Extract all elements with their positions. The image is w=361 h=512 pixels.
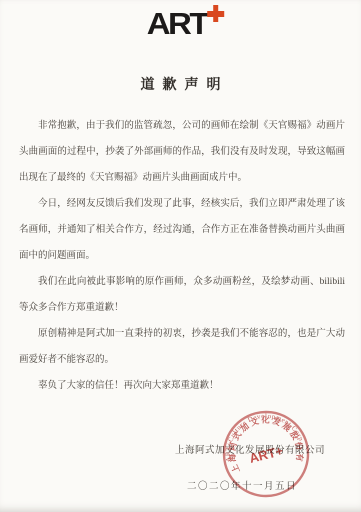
page-title: 道歉声明: [0, 74, 361, 94]
paragraph-actions: 今日，经网友反馈后我们发现了此事，经核实后，我们立即严肃处理了该名画师，并通知了…: [19, 191, 345, 269]
seal-center-logo: ART+: [248, 443, 285, 466]
logo-text: ART: [147, 8, 207, 39]
paragraph-apology-targets: 我们在此向被此事影响的原作画师，众多动画粉丝，及绘梦动画、bilibili等众多…: [19, 269, 345, 321]
apology-statement-document: ART 道歉声明 非常抱歉，由于我们的监管疏忽，公司的画师在绘制《天官赐福》动画…: [0, 0, 361, 512]
paragraph-final-apology: 辜负了大家的信任！再次向大家郑重道歉！: [19, 373, 345, 399]
paragraph-original-spirit: 原创精神是阿式加一直秉持的初衷，抄袭是我们不能容忍的，也是广大动画爱好者不能容忍…: [19, 321, 345, 373]
statement-body: 非常抱歉，由于我们的监管疏忽，公司的画师在绘制《天官赐福》动画片头曲画面的过程中…: [19, 113, 345, 399]
paragraph-incident: 非常抱歉，由于我们的监管疏忽，公司的画师在绘制《天官赐福》动画片头曲画面的过程中…: [19, 113, 345, 191]
artplus-logo: ART: [147, 7, 207, 41]
company-seal-stamp: ART+Culture Development Corp. 上海阿式加文化发展股…: [211, 399, 320, 508]
plus-icon: [207, 5, 224, 22]
